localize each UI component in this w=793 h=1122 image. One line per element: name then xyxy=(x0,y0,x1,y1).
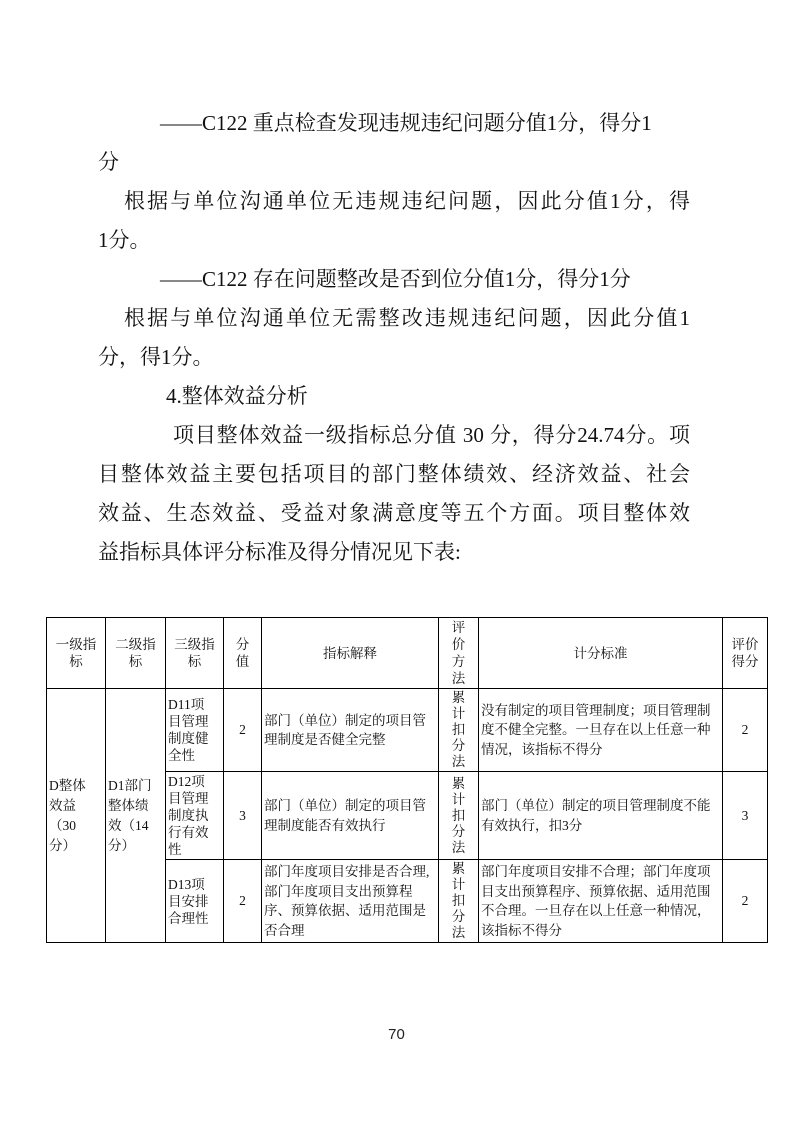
paragraph-line: ——C122 存在问题整改是否到位分值1分，得分1分 xyxy=(98,260,690,299)
score-table-container: 一级指 标 二级指 标 三级指 标 分 值 指标解释 评 价 方 法 计分标准 … xyxy=(46,617,768,943)
cell-evaluation-score: 2 xyxy=(723,689,768,772)
table-row: D整体 效益 （30 分） D1部门 整体绩 效（14 分） D11项 目管理 … xyxy=(47,689,768,772)
cell-evaluation-score: 3 xyxy=(723,772,768,860)
cell-level2-indicator: D1部门 整体绩 效（14 分） xyxy=(106,689,166,943)
table-header-row: 一级指 标 二级指 标 三级指 标 分 值 指标解释 评 价 方 法 计分标准 … xyxy=(47,618,768,689)
cell-indicator-explanation: 部门（单位）制定的项目管理制度能否有效执行 xyxy=(262,772,439,860)
paragraph-line: 益指标具体评分标准及得分情况见下表: xyxy=(98,533,690,572)
body-text: ——C122 重点检查发现违规违纪问题分值1分，得分1 分 根据与单位沟通单位无… xyxy=(98,104,690,572)
page-number: 70 xyxy=(0,1026,793,1043)
header-evaluation-method: 评 价 方 法 xyxy=(439,618,479,689)
cell-scoring-standard: 没有制定的项目管理制度；项目管理制度不健全完整。一旦存在以上任意一种情况，该指标… xyxy=(479,689,723,772)
cell-score-value: 3 xyxy=(224,772,262,860)
paragraph-line: 根据与单位沟通单位无违规违纪问题，因此分值1分，得 xyxy=(98,182,690,221)
cell-level3-indicator: D13项 目安排 合理性 xyxy=(166,860,224,943)
cell-score-value: 2 xyxy=(224,689,262,772)
paragraph-line: 项目整体效益一级指标总分值 30 分，得分24.74分。项 xyxy=(98,416,690,455)
header-indicator-explanation: 指标解释 xyxy=(262,618,439,689)
section-heading: 4.整体效益分析 xyxy=(98,377,690,416)
cell-evaluation-method: 累 计 扣 分 法 xyxy=(439,860,479,943)
cell-evaluation-method: 累 计 扣 分 法 xyxy=(439,689,479,772)
cell-indicator-explanation: 部门年度项目安排是否合理,部门年度项目支出预算程序、预算依据、适用范围是否合理 xyxy=(262,860,439,943)
cell-level3-indicator: D12项 目管理 制度执 行有效 性 xyxy=(166,772,224,860)
header-score-value: 分 值 xyxy=(224,618,262,689)
document-page: ——C122 重点检查发现违规违纪问题分值1分，得分1 分 根据与单位沟通单位无… xyxy=(0,0,793,1122)
paragraph-line: ——C122 重点检查发现违规违纪问题分值1分，得分1 xyxy=(98,104,690,143)
paragraph-line: 1分。 xyxy=(98,221,690,260)
header-level2-indicator: 二级指 标 xyxy=(106,618,166,689)
cell-level3-indicator: D11项 目管理 制度健 全性 xyxy=(166,689,224,772)
paragraph-line: 分，得1分。 xyxy=(98,338,690,377)
paragraph-line: 效益、生态效益、受益对象满意度等五个方面。项目整体效 xyxy=(98,494,690,533)
cell-evaluation-score: 2 xyxy=(723,860,768,943)
score-table: 一级指 标 二级指 标 三级指 标 分 值 指标解释 评 价 方 法 计分标准 … xyxy=(46,617,768,943)
header-level3-indicator: 三级指 标 xyxy=(166,618,224,689)
paragraph-line: 分 xyxy=(98,143,690,182)
cell-scoring-standard: 部门年度项目安排不合理；部门年度项目支出预算程序、预算依据、适用范围不合理。一旦… xyxy=(479,860,723,943)
cell-score-value: 2 xyxy=(224,860,262,943)
cell-evaluation-method: 累 计 扣 分 法 xyxy=(439,772,479,860)
cell-level1-indicator: D整体 效益 （30 分） xyxy=(47,689,106,943)
cell-indicator-explanation: 部门（单位）制定的项目管理制度是否健全完整 xyxy=(262,689,439,772)
cell-scoring-standard: 部门（单位）制定的项目管理制度不能有效执行，扣3分 xyxy=(479,772,723,860)
paragraph-line: 根据与单位沟通单位无需整改违规违纪问题，因此分值1 xyxy=(98,299,690,338)
header-scoring-standard: 计分标准 xyxy=(479,618,723,689)
header-evaluation-score: 评价 得分 xyxy=(723,618,768,689)
header-level1-indicator: 一级指 标 xyxy=(47,618,106,689)
paragraph-line: 目整体效益主要包括项目的部门整体绩效、经济效益、社会 xyxy=(98,455,690,494)
